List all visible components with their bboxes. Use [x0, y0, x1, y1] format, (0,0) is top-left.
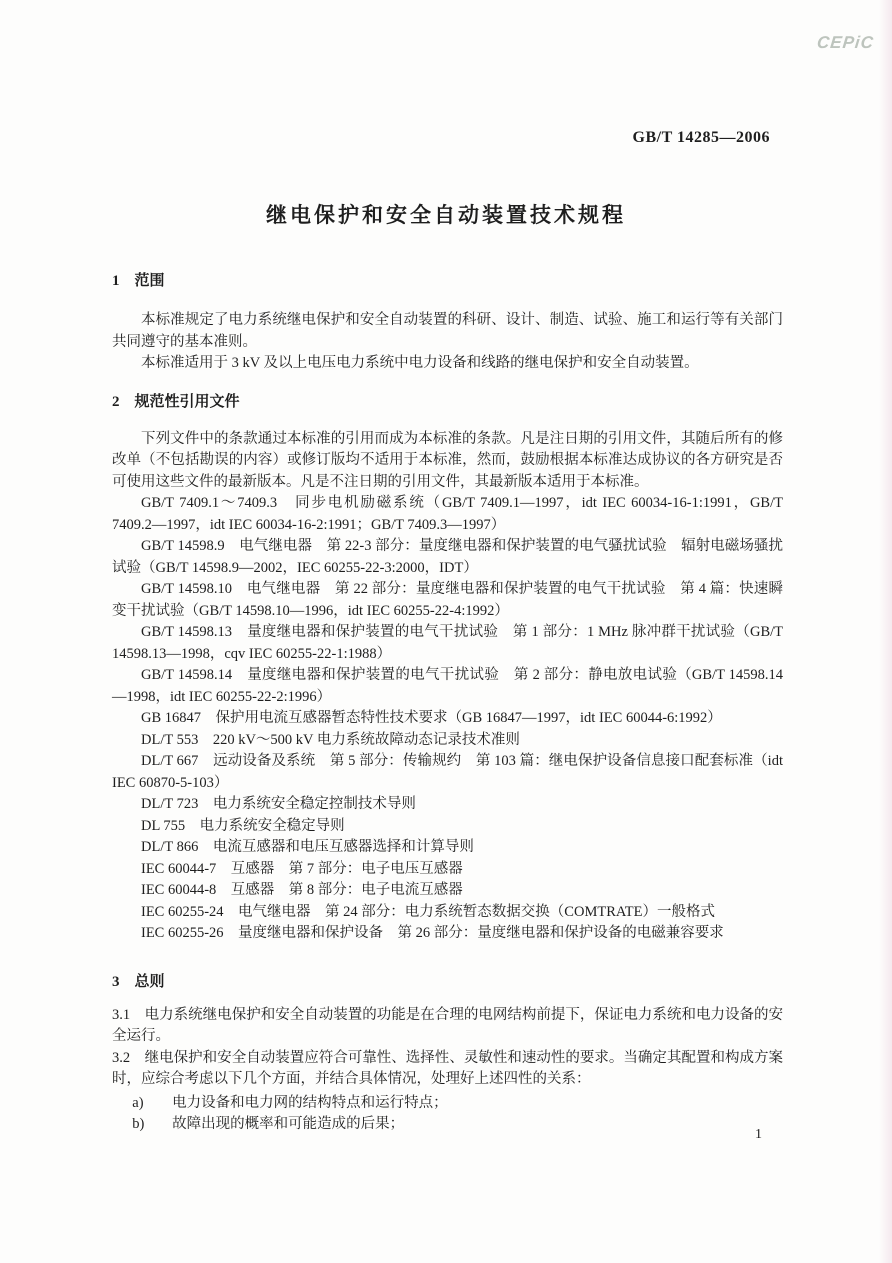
section-3-heading: 3 总则 — [112, 971, 783, 993]
list-item-marker: a) — [132, 1093, 172, 1115]
list-item-a: a)电力设备和电力网的结构特点和运行特点； — [112, 1093, 783, 1115]
reference-entry: DL/T 723 电力系统安全稳定控制技术导则 — [112, 794, 783, 816]
reference-entry: IEC 60044-8 互感器 第 8 部分：电子电流互感器 — [112, 880, 783, 902]
reference-entry: IEC 60044-7 互感器 第 7 部分：电子电压互感器 — [112, 859, 783, 881]
list-item-marker: b) — [132, 1114, 172, 1136]
document-body: 1 范围 本标准规定了电力系统继电保护和安全自动装置的科研、设计、制造、试验、施… — [112, 270, 783, 1136]
reference-entry: DL 755 电力系统安全稳定导则 — [112, 816, 783, 838]
reference-list: GB/T 7409.1～7409.3 同步电机励磁系统（GB/T 7409.1—… — [112, 493, 783, 945]
scan-edge-artifact — [879, 0, 892, 1263]
standard-code: GB/T 14285—2006 — [633, 129, 770, 147]
reference-entry: GB/T 7409.1～7409.3 同步电机励磁系统（GB/T 7409.1—… — [112, 493, 783, 536]
reference-entry: DL/T 667 远动设备及系统 第 5 部分：传输规约 第 103 篇：继电保… — [112, 751, 783, 794]
reference-entry: IEC 60255-26 量度继电器和保护设备 第 26 部分：量度继电器和保护… — [112, 923, 783, 945]
section-2-heading: 2 规范性引用文件 — [112, 391, 783, 413]
section-1-heading: 1 范围 — [112, 270, 783, 292]
clause-3-2: 3.2 继电保护和安全自动装置应符合可靠性、选择性、灵敏性和速动性的要求。当确定… — [112, 1048, 783, 1091]
reference-entry: GB/T 14598.9 电气继电器 第 22-3 部分：量度继电器和保护装置的… — [112, 536, 783, 579]
list-item-text: 故障出现的概率和可能造成的后果； — [172, 1116, 404, 1132]
page-number: 1 — [755, 1127, 762, 1143]
reference-entry: DL/T 866 电流互感器和电压互感器选择和计算导则 — [112, 837, 783, 859]
clause-3-2-list: a)电力设备和电力网的结构特点和运行特点； b)故障出现的概率和可能造成的后果； — [112, 1093, 783, 1136]
reference-entry: IEC 60255-24 电气继电器 第 24 部分：电力系统暂态数据交换（CO… — [112, 902, 783, 924]
document-page: CEPiC GB/T 14285—2006 继电保护和安全自动装置技术规程 1 … — [0, 0, 892, 1263]
reference-entry: GB 16847 保护用电流互感器暂态特性技术要求（GB 16847—1997，… — [112, 708, 783, 730]
normative-references-intro: 下列文件中的条款通过本标准的引用而成为本标准的条款。凡是注日期的引用文件，其随后… — [112, 429, 783, 494]
scope-paragraph-1: 本标准规定了电力系统继电保护和安全自动装置的科研、设计、制造、试验、施工和运行等… — [112, 310, 783, 353]
reference-entry: DL/T 553 220 kV～500 kV 电力系统故障动态记录技术准则 — [112, 730, 783, 752]
reference-entry: GB/T 14598.10 电气继电器 第 22 部分：量度继电器和保护装置的电… — [112, 579, 783, 622]
document-title: 继电保护和安全自动装置技术规程 — [0, 199, 892, 229]
reference-entry: GB/T 14598.13 量度继电器和保护装置的电气干扰试验 第 1 部分：1… — [112, 622, 783, 665]
scope-paragraph-2: 本标准适用于 3 kV 及以上电压电力系统中电力设备和线路的继电保护和安全自动装… — [112, 353, 783, 375]
list-item-b: b)故障出现的概率和可能造成的后果； — [112, 1114, 783, 1136]
reference-entry: GB/T 14598.14 量度继电器和保护装置的电气干扰试验 第 2 部分：静… — [112, 665, 783, 708]
cepic-watermark-logo: CEPiC — [816, 33, 875, 53]
clause-3-1: 3.1 电力系统继电保护和安全自动装置的功能是在合理的电网结构前提下，保证电力系… — [112, 1005, 783, 1048]
list-item-text: 电力设备和电力网的结构特点和运行特点； — [172, 1095, 448, 1111]
